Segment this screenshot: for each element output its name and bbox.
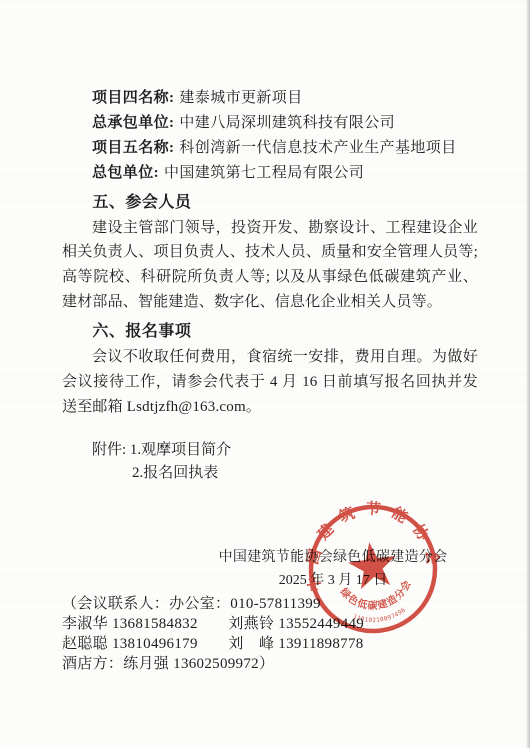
field-label: 总包单位:: [92, 165, 159, 181]
general-contractor-line: 总承包单位:中建八局深圳建筑科技有限公司: [62, 111, 478, 136]
project4-name-line: 项目四名称:建泰城市更新项目: [62, 86, 478, 111]
project5-name-line: 项目五名称:科创湾新一代信息技术产业生产基地项目: [62, 136, 478, 161]
field-label: 项目五名称:: [92, 140, 174, 156]
attachment-item-text: 2.报名回执表: [132, 465, 218, 481]
signature-block: 中国建筑节能协会绿色低碳建造分会 2025 年 3 月 17 日: [217, 549, 449, 589]
field-label: 总承包单位:: [92, 115, 174, 131]
field-value: 中建八局深圳建筑科技有限公司: [179, 115, 395, 131]
attachment-item-2: 2.报名回执表: [62, 462, 478, 485]
attachment-item-1: 附件: 1.观摩项目简介: [62, 439, 478, 462]
attachments-label: 附件:: [92, 442, 130, 458]
contacts-block: （会议联系人：办公室：010-57811399 李淑华 13681584832 …: [62, 594, 478, 674]
document-body: 项目四名称:建泰城市更新项目 总承包单位:中建八局深圳建筑科技有限公司 项目五名…: [62, 86, 478, 674]
section6-heading: 六、报名事项: [62, 320, 478, 345]
contact-line-hotel: 酒店方：练月强 13602509972）: [62, 654, 478, 674]
attachment-item-text: 1.观摩项目简介: [130, 442, 231, 458]
section5-body: 建设主管部门领导，投资开发、勘察设计、工程建设企业相关负责人、项目负责人、技术人…: [62, 216, 478, 316]
field-value: 科创湾新一代信息技术产业生产基地项目: [179, 140, 456, 156]
scan-edge: [526, 0, 530, 748]
section5-heading: 五、参会人员: [62, 191, 478, 216]
section6-body: 会议不收取任何费用，食宿统一安排，费用自理。为做好会议接待工作，请参会代表于 4…: [62, 345, 478, 420]
field-label: 项目四名称:: [92, 90, 174, 106]
issue-date: 2025 年 3 月 17 日: [217, 573, 449, 589]
issuing-org: 中国建筑节能协会绿色低碳建造分会: [217, 549, 449, 566]
field-value: 建泰城市更新项目: [179, 90, 302, 106]
contact-line-persons-1: 李淑华 13681584832 刘燕铃 13552449449: [62, 614, 478, 634]
contractor-line: 总包单位:中国建筑第七工程局有限公司: [62, 161, 478, 186]
scanned-notice-page: 项目四名称:建泰城市更新项目 总承包单位:中建八局深圳建筑科技有限公司 项目五名…: [0, 0, 530, 748]
attachments-block: 附件: 1.观摩项目简介 2.报名回执表: [62, 439, 478, 485]
field-value: 中国建筑第七工程局有限公司: [164, 165, 364, 181]
contact-line-office: （会议联系人：办公室：010-57811399: [62, 594, 478, 614]
contact-line-persons-2: 赵聪聪 13810496179 刘 峰 13911898778: [62, 634, 478, 654]
